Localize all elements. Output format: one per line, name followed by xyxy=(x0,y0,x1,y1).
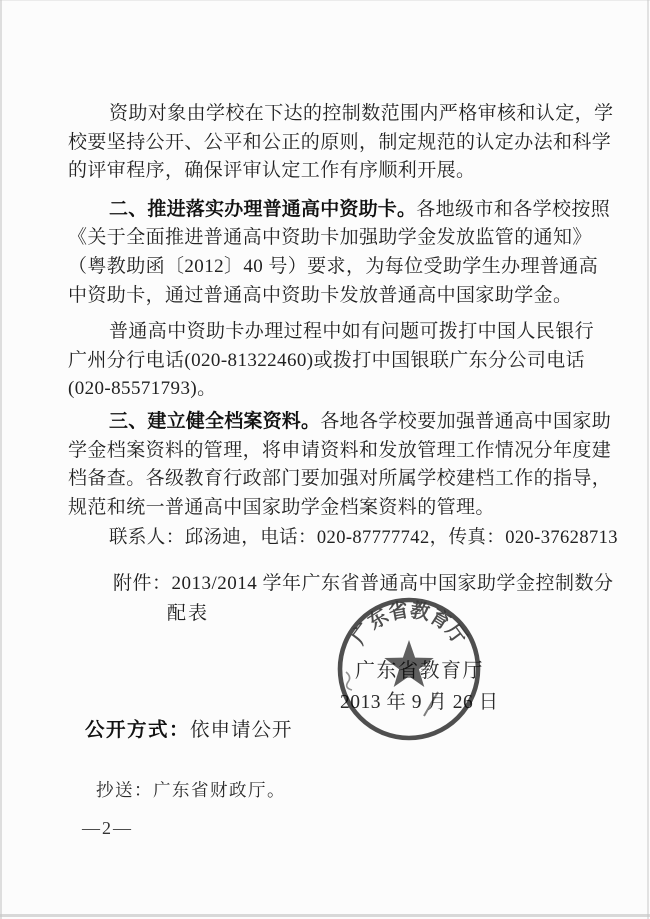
body-line: 《关于全面推进普通高中资助卡加强助学金发放监管的通知》 xyxy=(68,224,582,253)
attachment-line-1: 附件：2013/2014 学年广东省普通高中国家助学金控制数分 xyxy=(113,568,614,595)
body-line: 广州分行电话(020-81322460)或拨打中国银联广东分公司电话 xyxy=(68,347,582,376)
contact-line: 联系人：邱汤迪，电话：020-87777742，传真：020-37628713 xyxy=(68,524,582,553)
body-line-text: 各地级市和各学校按照 xyxy=(416,199,610,220)
body-line: 三、建立健全档案资料。各地各学校要加强普通高中国家助 xyxy=(68,408,582,437)
body-line: 资助对象由学校在下达的控制数范围内严格审核和认定，学 xyxy=(68,100,582,129)
scan-edge-right xyxy=(647,0,649,919)
body-line: （粤教助函〔2012〕40 号）要求，为每位受助学生办理普通高 xyxy=(68,253,582,282)
section-heading-2: 二、推进落实办理普通高中资助卡。 xyxy=(109,199,416,220)
body-line: 校要坚持公开、公平和公正的原则，制定规范的认定办法和科学 xyxy=(68,129,582,158)
body-line: 学金档案资料的管理，将申请资料和发放管理工作情况分年度建 xyxy=(68,437,582,466)
scanned-document-page: 资助对象由学校在下达的控制数范围内严格审核和认定，学 校要坚持公开、公平和公正的… xyxy=(0,0,650,919)
scan-edge-bottom xyxy=(0,914,650,917)
paragraph-3: 普通高中资助卡办理过程中如有问题可拨打中国人民银行 广州分行电话(020-813… xyxy=(68,318,582,404)
attachment-line-2: 配表 xyxy=(167,598,209,625)
body-line: 的评审程序，确保评审认定工作有序顺利开展。 xyxy=(68,157,582,186)
body-line: (020-85571793)。 xyxy=(68,375,582,404)
seal-scribble-left xyxy=(346,672,352,690)
disclosure-value: 依申请公开 xyxy=(190,720,293,741)
paragraph-1: 资助对象由学校在下达的控制数范围内严格审核和认定，学 校要坚持公开、公平和公正的… xyxy=(68,100,582,186)
official-seal-stamp: 广东省教育厅 xyxy=(334,594,484,744)
page-number: —2— xyxy=(82,818,133,839)
body-line: 规范和统一普通高中国家助学金档案资料的管理。 xyxy=(68,494,582,523)
section-heading-3: 三、建立健全档案资料。 xyxy=(109,411,320,432)
seal-scribble xyxy=(424,692,438,716)
body-line: 普通高中资助卡办理过程中如有问题可拨打中国人民银行 xyxy=(68,318,582,347)
star-icon xyxy=(384,640,433,687)
body-line: 档备查。各级教育行政部门要加强对所属学校建档工作的指导， xyxy=(68,465,582,494)
document-body: 资助对象由学校在下达的控制数范围内严格审核和认定，学 校要坚持公开、公平和公正的… xyxy=(68,100,582,553)
paragraph-2: 二、推进落实办理普通高中资助卡。各地级市和各学校按照 《关于全面推进普通高中资助… xyxy=(68,196,582,310)
body-line: 二、推进落实办理普通高中资助卡。各地级市和各学校按照 xyxy=(68,196,582,225)
scan-edge-left xyxy=(0,0,2,919)
paragraph-4: 三、建立健全档案资料。各地各学校要加强普通高中国家助 学金档案资料的管理，将申请… xyxy=(68,408,582,522)
attachment-label: 附件： xyxy=(113,573,172,594)
body-line: 中资助卡，通过普通高中资助卡发放普通高中国家助学金。 xyxy=(68,282,582,311)
scan-edge-top xyxy=(0,0,650,1)
body-line-text: 各地各学校要加强普通高中国家助 xyxy=(320,411,611,432)
disclosure-label: 公开方式： xyxy=(85,719,190,741)
contact-block: 联系人：邱汤迪，电话：020-87777742，传真：020-37628713 xyxy=(68,524,582,553)
disclosure-line: 公开方式：依申请公开 xyxy=(85,714,293,742)
attachment-title: 2013/2014 学年广东省普通高中国家助学金控制数分 xyxy=(172,573,614,594)
cc-line: 抄送：广东省财政厅。 xyxy=(96,777,286,802)
